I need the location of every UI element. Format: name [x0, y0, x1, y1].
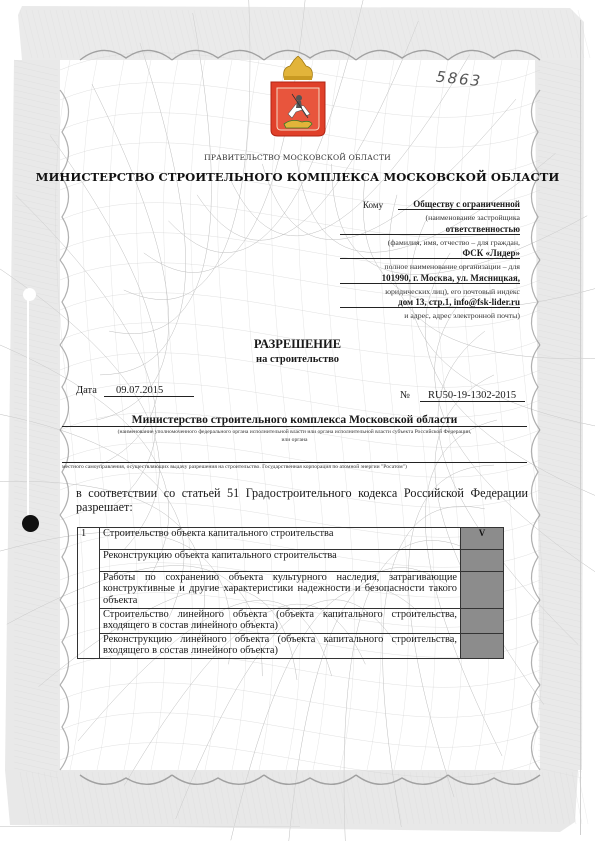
recipient-hint: (фамилия, имя, отчество – для граждан, — [340, 238, 520, 247]
permit-type-row: 1Строительство объекта капитального стро… — [78, 528, 504, 550]
authority-hint-continued: местного самоуправления, осуществляющих … — [62, 462, 527, 470]
government-header: ПРАВИТЕЛЬСТВО МОСКОВСКОЙ ОБЛАСТИ — [0, 153, 595, 162]
recipient-line: Обществу с ограниченной — [398, 199, 520, 210]
section-number — [78, 609, 100, 634]
moscow-oblast-emblem-icon — [268, 56, 328, 138]
issuing-authority: Министерство строительного комплекса Мос… — [62, 413, 527, 427]
punch-hole — [22, 515, 39, 532]
permit-type-checkbox[interactable] — [461, 634, 504, 659]
recipient-hint: и адрес, адрес электронной почты) — [340, 311, 520, 320]
date-value: 09.07.2015 — [104, 385, 194, 397]
date-label: Дата — [76, 385, 97, 396]
permit-type-row: Реконструкцию линейного объекта (объекта… — [78, 634, 504, 659]
permit-type-checkbox[interactable] — [461, 609, 504, 634]
recipient-line: дом 13, стр.1, info@fsk-lider.ru — [340, 297, 520, 308]
section-number — [78, 550, 100, 572]
section-number — [78, 572, 100, 609]
authority-hint-line: или органа — [62, 436, 527, 444]
recipient-line: ФСК «Лидер» — [340, 248, 520, 259]
permit-type-checkbox[interactable]: V — [461, 528, 504, 550]
permit-type-row: Строительство линейного объекта (объекта… — [78, 609, 504, 634]
recipient-hint: юридических лиц), его почтовый индекс — [340, 287, 520, 296]
recipient-line: ответственностью — [340, 224, 520, 235]
number-label: № — [400, 390, 410, 401]
document-title: РАЗРЕШЕНИЕ — [0, 337, 595, 352]
permit-type-row: Работы по сохранению объекта культурного… — [78, 572, 504, 609]
permit-type-label: Реконструкцию объекта капитального строи… — [100, 550, 461, 572]
section-number: 1 — [78, 528, 100, 550]
recipient-label: Кому — [363, 200, 383, 210]
permit-type-label: Работы по сохранению объекта культурного… — [100, 572, 461, 609]
permit-type-row: Реконструкцию объекта капитального строи… — [78, 550, 504, 572]
ministry-header: МИНИСТЕРСТВО СТРОИТЕЛЬНОГО КОМПЛЕКСА МОС… — [0, 170, 595, 184]
recipient-hint: полное наименование организации – для — [340, 262, 520, 271]
recipient-line: 101990, г. Москва, ул. Мясницкая, — [340, 273, 520, 284]
permit-type-label: Строительство объекта капитального строи… — [100, 528, 461, 550]
section-number — [78, 634, 100, 659]
permit-type-checkbox[interactable] — [461, 550, 504, 572]
page-edge — [580, 20, 581, 835]
permit-type-label: Строительство линейного объекта (объекта… — [100, 609, 461, 634]
punch-hole — [23, 288, 36, 301]
authority-hint: (наименование уполномоченного федерально… — [62, 428, 527, 444]
page-edge — [0, 826, 300, 827]
permit-document: 5863 ПРАВИТЕЛЬСТВО МОСКОВСКОЙ ОБЛАСТИ МИ… — [0, 0, 595, 841]
legal-basis: в соответствии со статьей 51 Градостроит… — [76, 486, 528, 514]
permit-type-label: Реконструкцию линейного объекта (объекта… — [100, 634, 461, 659]
permit-number: RU50-19-1302-2015 — [420, 390, 525, 402]
document-subtitle: на строительство — [0, 354, 595, 365]
authority-hint-line: (наименование уполномоченного федерально… — [62, 428, 527, 436]
permit-type-table: 1Строительство объекта капитального стро… — [77, 527, 504, 659]
binder-strip — [27, 290, 29, 515]
permit-type-checkbox[interactable] — [461, 572, 504, 609]
recipient-hint: (наименование застройщика — [340, 213, 520, 222]
